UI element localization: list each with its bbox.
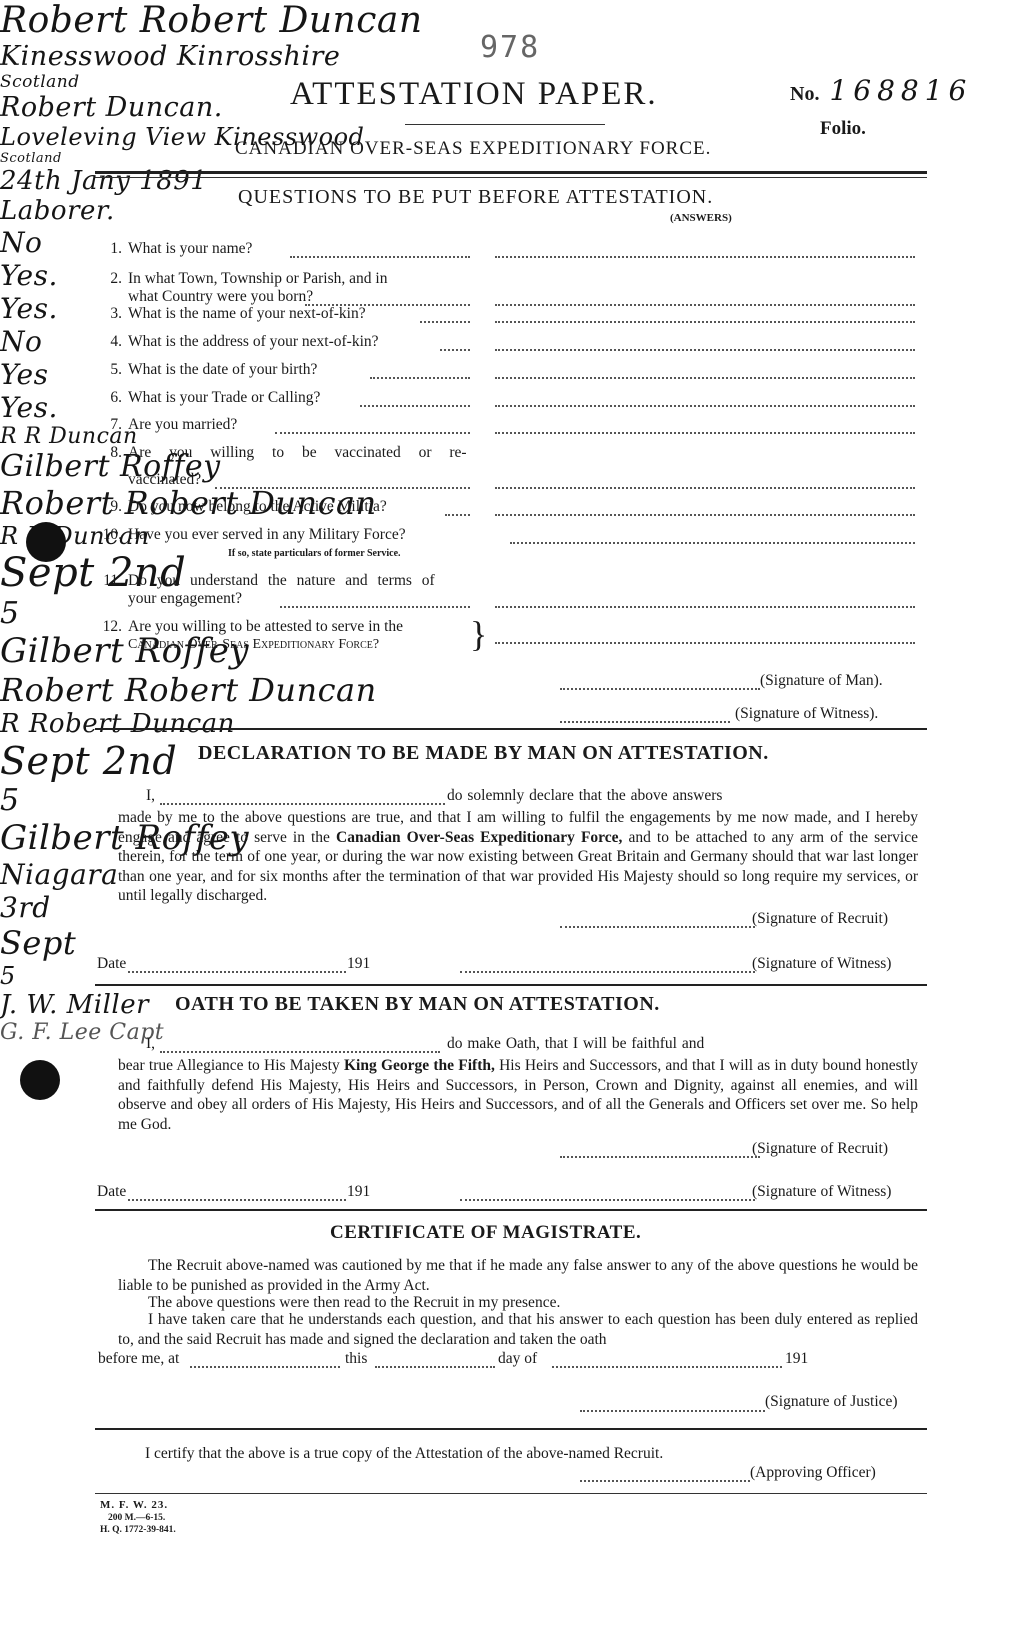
answer-7-line[interactable] bbox=[495, 432, 915, 434]
form-number: No. 168816 bbox=[790, 74, 972, 107]
footer-print-run: 200 M.—6-15. bbox=[108, 1513, 165, 1523]
punch-hole-lower bbox=[20, 1060, 60, 1100]
sig-witness-label: (Signature of Witness). bbox=[735, 705, 878, 723]
question-6-leader bbox=[360, 405, 470, 407]
oath-sig-recruit-line[interactable] bbox=[560, 1156, 760, 1158]
answer-3-line[interactable] bbox=[495, 321, 915, 323]
stamp-number: 978 bbox=[480, 30, 540, 65]
cert-this-label: this bbox=[345, 1350, 367, 1368]
question-8: 8.Are you willing to be vaccinated or re… bbox=[100, 444, 467, 462]
decl-date-line[interactable] bbox=[128, 971, 346, 973]
question-8-line2: vaccinated? bbox=[128, 471, 201, 489]
cert-before-label: before me, at bbox=[98, 1350, 179, 1368]
answer-2-line[interactable] bbox=[495, 304, 915, 306]
section-rule-2 bbox=[95, 984, 927, 986]
title-underline bbox=[405, 124, 605, 125]
cert-day-line[interactable] bbox=[375, 1366, 495, 1368]
decl-sig-recruit-line[interactable] bbox=[560, 926, 755, 928]
question-1-leader bbox=[290, 256, 470, 258]
answer-8-line[interactable] bbox=[495, 487, 915, 489]
declaration-heading: DECLARATION TO BE MADE BY MAN ON ATTESTA… bbox=[198, 742, 769, 765]
answer-5-line[interactable] bbox=[495, 377, 915, 379]
page-title: ATTESTATION PAPER. bbox=[290, 76, 658, 113]
footer-form-code: M. F. W. 23. bbox=[100, 1499, 168, 1511]
true-copy-sig-line[interactable] bbox=[580, 1480, 750, 1482]
question-5-leader bbox=[370, 377, 470, 379]
cert-month-line[interactable] bbox=[552, 1366, 782, 1368]
footer-rule bbox=[95, 1493, 927, 1494]
question-5: 5.What is the date of your birth? bbox=[100, 361, 317, 379]
oath-sig-witness-line[interactable] bbox=[460, 1199, 755, 1201]
question-9: 9.Do you now belong to the Active Militi… bbox=[100, 498, 387, 516]
question-8-leader bbox=[215, 487, 470, 489]
declaration-body: made by me to the above questions are tr… bbox=[118, 808, 918, 906]
oath-i-label: I, bbox=[146, 1035, 155, 1053]
oath-name-line[interactable] bbox=[160, 1051, 440, 1053]
cert-sig-justice-label: (Signature of Justice) bbox=[765, 1393, 898, 1411]
punch-hole-upper bbox=[26, 522, 66, 562]
answer-10-line[interactable] bbox=[510, 542, 915, 544]
question-2-line2: what Country were you born? bbox=[128, 288, 313, 306]
question-10-note: If so, state particulars of former Servi… bbox=[228, 548, 401, 559]
question-10: 10.Have you ever served in any Military … bbox=[100, 526, 406, 544]
answers-label: (ANSWERS) bbox=[670, 212, 732, 224]
answer-9-line[interactable] bbox=[495, 514, 915, 516]
cert-sig-justice-line[interactable] bbox=[580, 1410, 765, 1412]
form-number-label: No. bbox=[790, 83, 819, 105]
sig-man-label: (Signature of Man). bbox=[760, 672, 883, 690]
question-7-leader bbox=[275, 432, 470, 434]
decl-sig-recruit-label: (Signature of Recruit) bbox=[752, 910, 888, 928]
oath-date-label: Date bbox=[97, 1183, 126, 1201]
certificate-heading: CERTIFICATE OF MAGISTRATE. bbox=[330, 1222, 641, 1244]
question-7: 7.Are you married? bbox=[100, 416, 237, 434]
question-11-leader bbox=[280, 606, 470, 608]
declaration-text-first: do solemnly declare that the above answe… bbox=[447, 787, 722, 805]
cert-day-of-label: day of bbox=[498, 1350, 537, 1368]
declaration-i-label: I, bbox=[146, 787, 155, 805]
answer-4-line[interactable] bbox=[495, 349, 915, 351]
answer-11-line[interactable] bbox=[495, 606, 915, 608]
answer-12-line[interactable] bbox=[495, 642, 915, 644]
sig-witness-line[interactable] bbox=[560, 721, 730, 723]
sig-man-line[interactable] bbox=[560, 688, 760, 690]
oath-body: bear true Allegiance to His Majesty King… bbox=[118, 1056, 918, 1134]
certificate-para-3: I have taken care that he understands ea… bbox=[118, 1310, 918, 1349]
decl-date-label: Date bbox=[97, 955, 126, 973]
form-subtitle: CANADIAN OVER-SEAS EXPEDITIONARY FORCE. bbox=[235, 138, 711, 160]
oath-heading: OATH TO BE TAKEN BY MAN ON ATTESTATION. bbox=[175, 993, 660, 1016]
question-12: 12.Are you willing to be attested to ser… bbox=[100, 618, 403, 636]
section-rule-3 bbox=[95, 1209, 927, 1211]
oath-sig-witness-label: (Signature of Witness) bbox=[752, 1183, 891, 1201]
answer-6-line[interactable] bbox=[495, 405, 915, 407]
question-3: 3.What is the name of your next-of-kin? bbox=[100, 305, 366, 323]
declaration-name-line[interactable] bbox=[160, 803, 445, 805]
cert-year-prefix: 191 bbox=[785, 1350, 808, 1368]
decl-sig-witness-line[interactable] bbox=[460, 971, 755, 973]
section-rule-1 bbox=[95, 728, 927, 730]
answer-1-line[interactable] bbox=[495, 256, 915, 258]
true-copy-text: I certify that the above is a true copy … bbox=[145, 1445, 663, 1463]
question-2: 2.In what Town, Township or Parish, and … bbox=[100, 270, 387, 288]
question-12-brace: } bbox=[470, 614, 487, 654]
footer-hq-ref: H. Q. 1772-39-841. bbox=[100, 1525, 176, 1535]
certificate-para-1: The Recruit above-named was cautioned by… bbox=[118, 1256, 918, 1295]
form-number-value: 168816 bbox=[829, 74, 972, 107]
decl-sig-witness-label: (Signature of Witness) bbox=[752, 955, 891, 973]
question-4: 4.What is the address of your next-of-ki… bbox=[100, 333, 379, 351]
questions-heading: QUESTIONS TO BE PUT BEFORE ATTESTATION. bbox=[238, 186, 713, 209]
question-12-line2: Canadian Over-Seas Expeditionary Force? bbox=[128, 636, 379, 654]
question-11: 11.Do you understand the nature and term… bbox=[100, 572, 435, 590]
folio-label: Folio. bbox=[820, 118, 866, 140]
question-9-leader bbox=[445, 514, 470, 516]
question-1: 1.What is your name? bbox=[100, 240, 252, 258]
question-3-leader bbox=[420, 321, 470, 323]
section-rule-4 bbox=[95, 1428, 927, 1430]
oath-sig-recruit-label: (Signature of Recruit) bbox=[752, 1140, 888, 1158]
oath-year-prefix: 191 bbox=[347, 1183, 370, 1201]
cert-place-line[interactable] bbox=[190, 1366, 340, 1368]
oath-text-first: do make Oath, that I will be faithful an… bbox=[447, 1035, 704, 1053]
header-double-rule-1 bbox=[95, 171, 927, 174]
decl-year-prefix: 191 bbox=[347, 955, 370, 973]
oath-date-line[interactable] bbox=[128, 1199, 346, 1201]
question-11-line2: your engagement? bbox=[128, 590, 242, 608]
question-6: 6.What is your Trade or Calling? bbox=[100, 389, 320, 407]
header-double-rule-2 bbox=[95, 177, 927, 178]
true-copy-sig-label: (Approving Officer) bbox=[750, 1464, 876, 1482]
question-4-leader bbox=[440, 349, 470, 351]
